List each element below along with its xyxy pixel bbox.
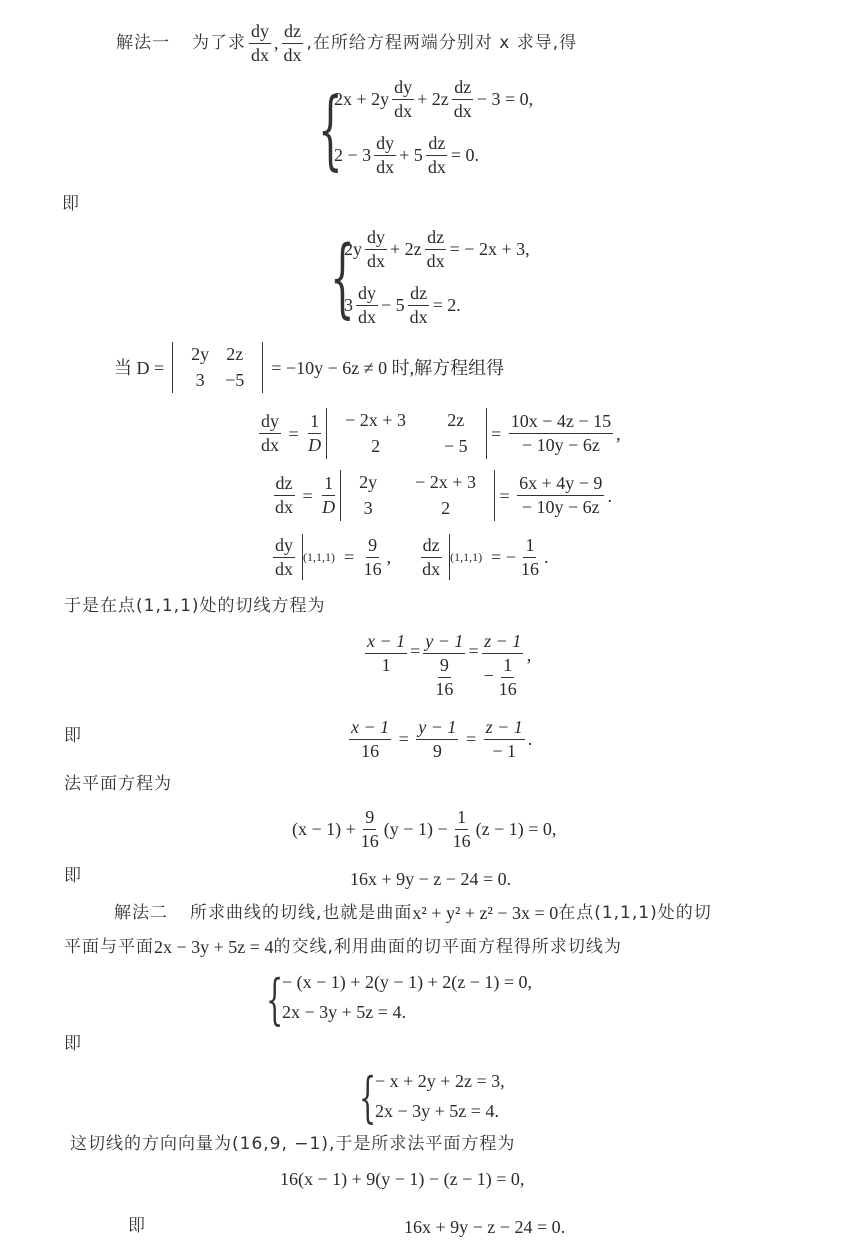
ji-label: 即 xyxy=(64,868,82,885)
method1-heading: 解法一 xyxy=(116,35,170,52)
determinant-D: 2y2z 3−5 xyxy=(172,342,263,393)
fraction-dz-dx: dzdx xyxy=(282,22,304,65)
simplified-system-eq2: 2x − 3y + 5z = 4. xyxy=(375,1102,499,1120)
derivatives-at-point: dydx (1,1,1) = 916 , dzdx (1,1,1) = − 11… xyxy=(270,534,548,580)
method2-heading: 解法二 xyxy=(114,905,168,922)
dy-dx-solution: dydx = 1D − 2x + 32z 2− 5 = 10x − 4z − 1… xyxy=(256,408,621,459)
simplified-system-eq1: − x + 2y + 2z = 3, xyxy=(375,1072,505,1090)
tangent-intro: 于是在点(1,1,1)处的切线方程为 xyxy=(64,598,326,615)
linear-system-eq2: 3 dydx − 5 dzdx = 2. xyxy=(344,284,461,327)
ji-label: 即 xyxy=(64,1036,82,1053)
method2-line2: 平面与平面 2x − 3y + 5z = 4 的交线,利用曲面的切平面方程得所求… xyxy=(64,938,622,956)
linear-system-eq1: 2y dydx + 2z dzdx = − 2x + 3, xyxy=(344,228,530,271)
normal-plane-equation-2: 16(x − 1) + 9(y − 1) − (z − 1) = 0, xyxy=(280,1170,524,1188)
fraction-dy-dx: dydx xyxy=(249,22,271,65)
determinant-line: 当 D = 2y2z 3−5 = −10y − 6z ≠ 0 时,解方程组得 xyxy=(114,342,504,393)
normal-plane-final: 16x + 9y − z − 24 = 0. xyxy=(350,870,511,888)
surface-equation: x² + y² + z² − 3x = 0 xyxy=(412,904,558,922)
tangent-line-equation: x − 11 = y − 1 916 = z − 1 −116 , xyxy=(362,632,531,699)
derivative-system-eq2: 2 − 3 dydx + 5 dzdx = 0. xyxy=(334,134,479,177)
normal-plane-equation: (x − 1) + 916 (y − 1) − 116 (z − 1) = 0, xyxy=(292,808,556,851)
ji-label: 即 xyxy=(64,728,82,745)
plane-equation: 2x − 3y + 5z = 4 xyxy=(154,938,273,956)
left-brace: { xyxy=(266,968,283,1031)
normal-plane-intro: 法平面方程为 xyxy=(64,776,172,793)
ji-label: 即 xyxy=(62,196,80,213)
derivative-system-eq1: 2x + 2y dydx + 2z dzdx − 3 = 0, xyxy=(334,78,533,121)
direction-vector-text: 这切线的方向向量为(16,9, −1),于是所求法平面方程为 xyxy=(70,1136,515,1153)
tangent-line-simplified: x − 116 = y − 19 = z − 1− 1 . xyxy=(346,718,532,761)
method2-line1: 解法二 所求曲线的切线,也就是曲面 x² + y² + z² − 3x = 0 … xyxy=(114,904,712,922)
left-brace: { xyxy=(359,1066,376,1129)
dz-dx-solution: dzdx = 1D 2y− 2x + 3 32 = 6x + 4y − 9− 1… xyxy=(270,470,612,521)
normal-plane-final-2: 16x + 9y − z − 24 = 0. xyxy=(404,1218,565,1236)
tangent-system-eq2: 2x − 3y + 5z = 4. xyxy=(282,1003,406,1021)
method1-intro: 解法一 为了求 dydx , dzdx ,在所给方程两端分别对 x 求导,得 xyxy=(116,22,577,65)
tangent-system-eq1: − (x − 1) + 2(y − 1) + 2(z − 1) = 0, xyxy=(282,973,532,991)
ji-label: 即 xyxy=(128,1218,146,1235)
